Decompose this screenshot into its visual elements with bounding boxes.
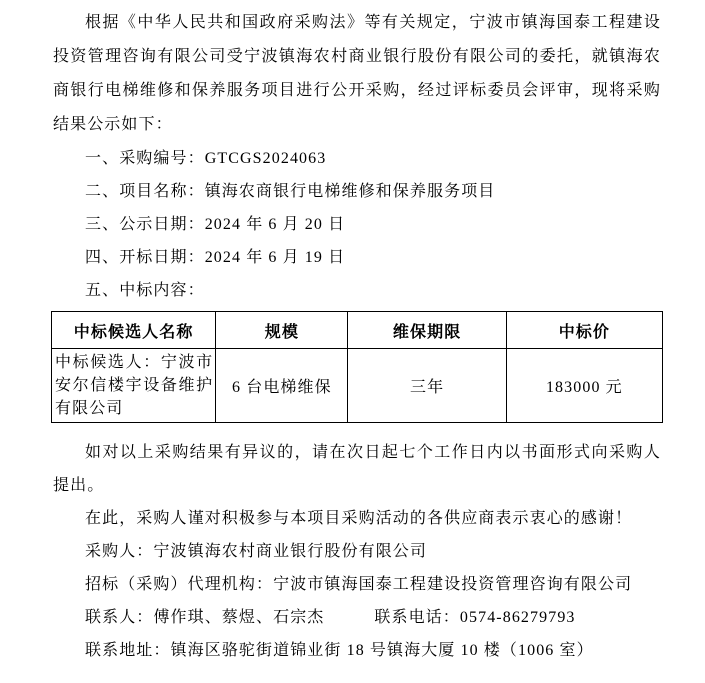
contact-line: 联系人：傅作琪、蔡煜、石宗杰联系电话：0574-86279793 [85,601,661,634]
intro-paragraph: 根据《中华人民共和国政府采购法》等有关规定，宁波市镇海国泰工程建设投资管理咨询有… [53,6,661,142]
item-project-name-label: 二、项目名称： [85,183,205,200]
procurement-result-announcement: 根据《中华人民共和国政府采购法》等有关规定，宁波市镇海国泰工程建设投资管理咨询有… [0,0,705,683]
item-procurement-number-value: GTCGS2024063 [205,150,327,167]
bid-result-table: 中标候选人名称 规模 维保期限 中标价 中标候选人：宁波市安尔信楼宇设备维护有限… [51,311,663,423]
cell-scale: 6 台电梯维保 [216,349,348,423]
item-winning-content-label: 五、中标内容： [85,282,205,299]
item-winning-content: 五、中标内容： [85,274,661,307]
bid-result-table-data-row: 中标候选人：宁波市安尔信楼宇设备维护有限公司 6 台电梯维保 三年 183000… [52,349,663,423]
agency-line: 招标（采购）代理机构：宁波市镇海国泰工程建设投资管理咨询有限公司 [85,568,661,601]
header-maintenance-period: 维保期限 [348,312,506,349]
item-bid-opening-date-label: 四、开标日期： [85,249,205,266]
address-line: 联系地址：镇海区骆驼街道锦业街 18 号镇海大厦 10 楼（1006 室） [85,634,661,667]
item-project-name: 二、项目名称：镇海农商银行电梯维修和保养服务项目 [85,175,661,208]
cell-maintenance-period: 三年 [348,349,506,423]
bid-result-table-header-row: 中标候选人名称 规模 维保期限 中标价 [52,312,663,349]
thanks-line: 在此，采购人谨对积极参与本项目采购活动的各供应商表示衷心的感谢！ [85,502,661,535]
contact-phone: 联系电话：0574-86279793 [374,609,575,626]
header-winning-price: 中标价 [506,312,662,349]
item-publicity-date: 三、公示日期：2024 年 6 月 20 日 [85,208,661,241]
purchaser-line: 采购人：宁波镇海农村商业银行股份有限公司 [85,535,661,568]
objection-paragraph: 如对以上采购结果有异议的，请在次日起七个工作日内以书面形式向采购人提出。 [53,436,661,502]
item-project-name-value: 镇海农商银行电梯维修和保养服务项目 [205,183,496,200]
header-scale: 规模 [216,312,348,349]
item-procurement-number-label: 一、采购编号： [85,150,205,167]
cell-winner-name: 中标候选人：宁波市安尔信楼宇设备维护有限公司 [52,349,216,423]
item-bid-opening-date-value: 2024 年 6 月 19 日 [205,249,346,266]
item-publicity-date-value: 2024 年 6 月 20 日 [205,216,346,233]
item-publicity-date-label: 三、公示日期： [85,216,205,233]
item-procurement-number: 一、采购编号：GTCGS2024063 [85,142,661,175]
cell-winning-price: 183000 元 [506,349,662,423]
header-winner-name: 中标候选人名称 [52,312,216,349]
numbered-items-list: 一、采购编号：GTCGS2024063 二、项目名称：镇海农商银行电梯维修和保养… [53,142,661,307]
contact-person: 联系人：傅作琪、蔡煜、石宗杰 [85,609,324,626]
item-bid-opening-date: 四、开标日期：2024 年 6 月 19 日 [85,241,661,274]
